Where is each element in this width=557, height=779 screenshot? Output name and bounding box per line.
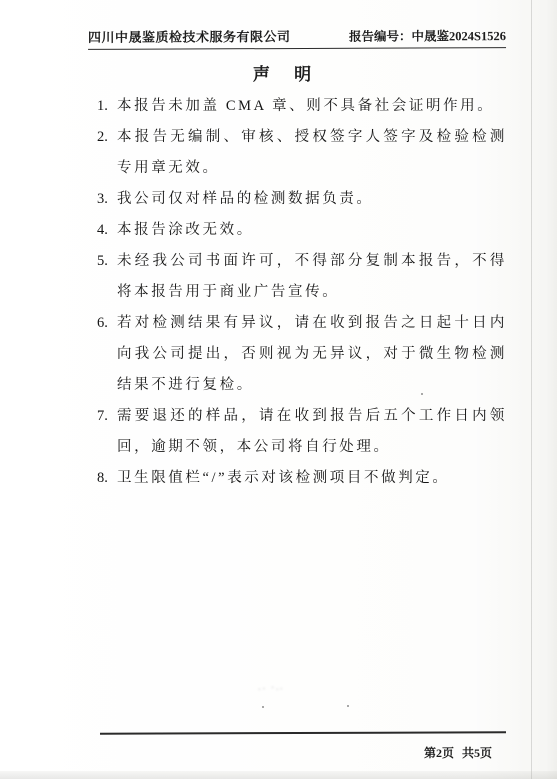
item-number: 7. — [97, 401, 117, 463]
item-text: 本报告未加盖 CMA 章、则不具备社会证明作用。 — [117, 91, 507, 122]
item-number: 1. — [97, 91, 117, 122]
item-number: 6. — [97, 308, 117, 401]
statement-item: 3. 我公司仅对样品的检测数据负责。 — [97, 184, 507, 215]
page-footer: 第2页共5页 — [0, 744, 492, 761]
scan-speck — [262, 706, 264, 708]
statement-item: 4. 本报告涂改无效。 — [97, 215, 507, 246]
footer-rule — [100, 731, 506, 734]
page-edge — [0, 771, 557, 779]
scanned-report-page: 四川中晟鉴质检技术服务有限公司 报告编号：中晟鉴2024S1526 声 明 1.… — [0, 0, 557, 779]
item-text: 本报告无编制、审核、授权签字人签字及检验检测专用章无效。 — [117, 122, 507, 184]
item-text: 本报告涂改无效。 — [117, 215, 507, 246]
statement-item: 1. 本报告未加盖 CMA 章、则不具备社会证明作用。 — [97, 91, 507, 122]
item-text: 若对检测结果有异议，请在收到报告之日起十日内向我公司提出，否则视为无异议，对于微… — [117, 308, 507, 401]
statement-item: 6. 若对检测结果有异议，请在收到报告之日起十日内向我公司提出，否则视为无异议，… — [97, 308, 507, 401]
statement-item: 8. 卫生限值栏“/”表示对该检测项目不做判定。 — [97, 463, 507, 494]
page-number: 第2页 — [424, 746, 454, 760]
company-name: 四川中晟鉴质检技术服务有限公司 — [88, 26, 291, 46]
item-number: 5. — [97, 246, 117, 308]
item-text: 未经我公司书面许可，不得部分复制本报告，不得将本报告用于商业广告宣传。 — [117, 246, 507, 308]
page-edge — [531, 0, 532, 779]
item-number: 3. — [97, 184, 117, 215]
item-text: 我公司仅对样品的检测数据负责。 — [117, 184, 507, 215]
item-text: 卫生限值栏“/”表示对该检测项目不做判定。 — [117, 463, 507, 494]
scan-speck — [347, 705, 349, 707]
statement-item: 5. 未经我公司书面许可，不得部分复制本报告，不得将本报告用于商业广告宣传。 — [97, 246, 507, 308]
scan-smudge-artifact: ·· ·.. — [257, 681, 292, 696]
statement-item: 2. 本报告无编制、审核、授权签字人签字及检验检测专用章无效。 — [97, 122, 507, 184]
statement-list: 1. 本报告未加盖 CMA 章、则不具备社会证明作用。 2. 本报告无编制、审核… — [97, 91, 507, 494]
page-title: 声 明 — [88, 60, 486, 85]
scan-speck — [421, 393, 423, 395]
report-number: 报告编号：中晟鉴2024S1526 — [349, 26, 506, 45]
item-number: 2. — [97, 122, 117, 184]
item-text: 需要退还的样品，请在收到报告后五个工作日内领回，逾期不领，本公司将自行处理。 — [117, 401, 507, 463]
report-number-label: 报告编号： — [349, 30, 412, 44]
page-header: 四川中晟鉴质检技术服务有限公司 报告编号：中晟鉴2024S1526 — [88, 25, 506, 50]
statement-item: 7. 需要退还的样品，请在收到报告后五个工作日内领回，逾期不领，本公司将自行处理… — [97, 401, 507, 463]
item-number: 8. — [97, 463, 117, 494]
report-number-value: 中晟鉴2024S1526 — [412, 29, 507, 43]
total-pages: 共5页 — [462, 746, 492, 760]
item-number: 4. — [97, 215, 117, 246]
